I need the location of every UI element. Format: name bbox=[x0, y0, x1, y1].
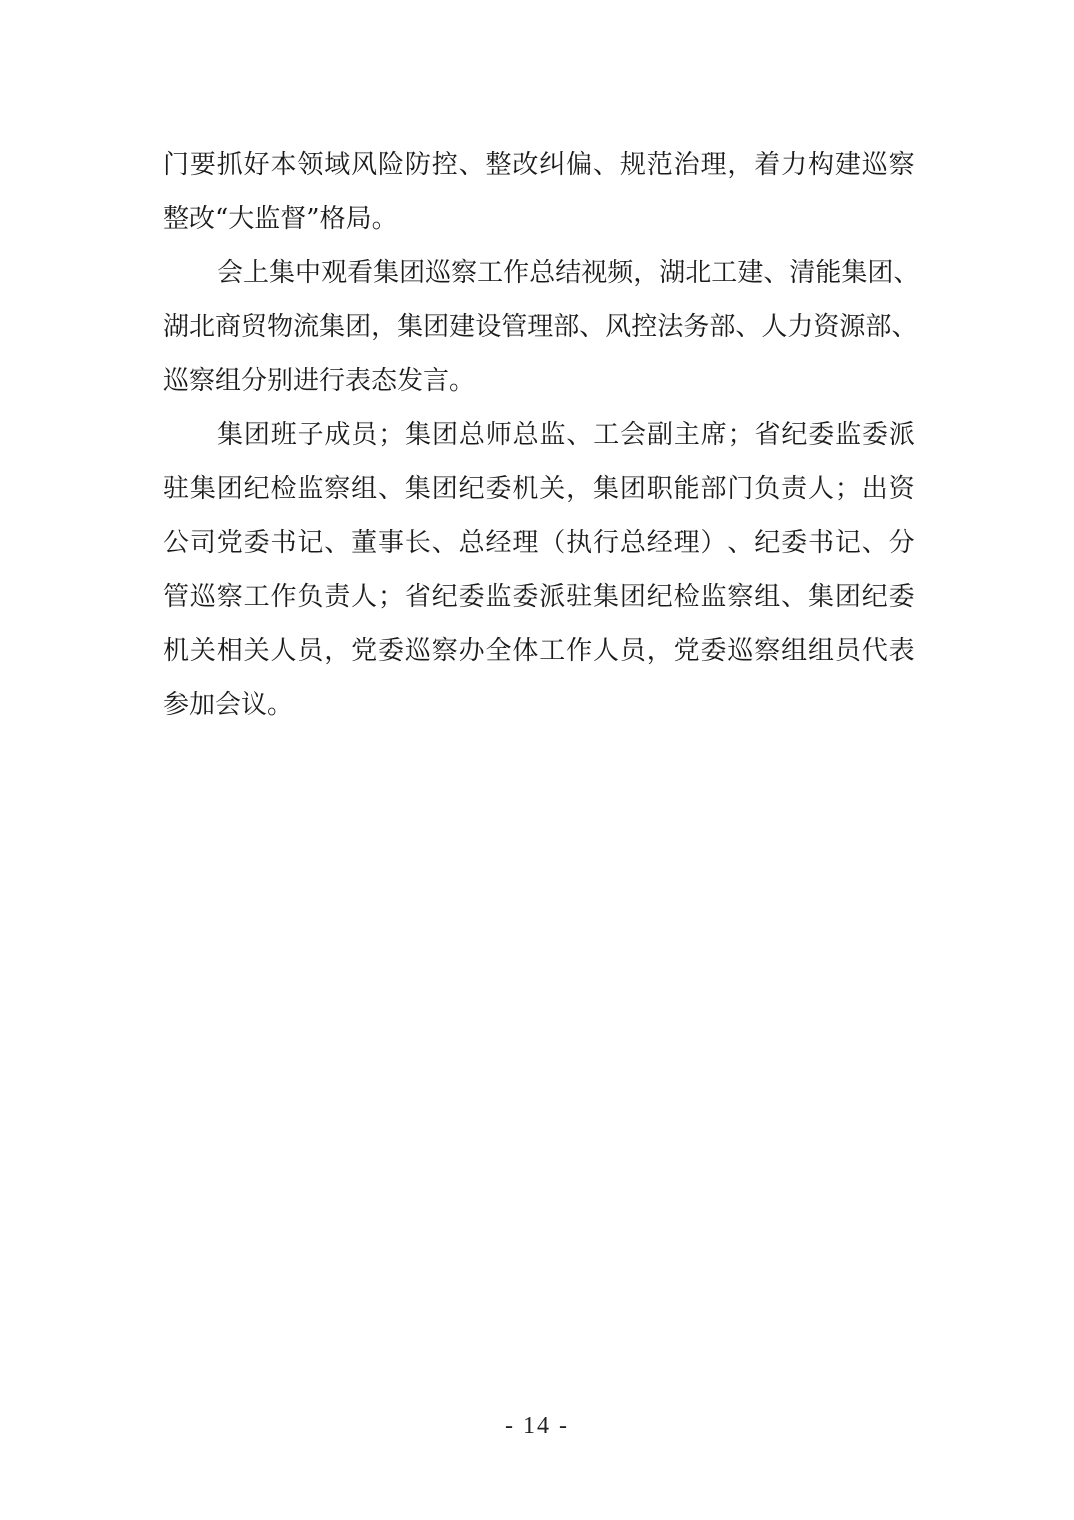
text-line: 会上集中观看集团巡察工作总结视频，湖北工建、清能集团、 bbox=[163, 246, 915, 300]
text-line: 机关相关人员，党委巡察办全体工作人员，党委巡察组组员代表 bbox=[163, 624, 915, 678]
text-line: 参加会议。 bbox=[163, 678, 915, 732]
text-line: 公司党委书记、董事长、总经理（执行总经理）、纪委书记、分 bbox=[163, 516, 915, 570]
page-number: - 14 - bbox=[0, 1413, 1074, 1440]
text-line: 驻集团纪检监察组、集团纪委机关，集团职能部门负责人；出资 bbox=[163, 462, 915, 516]
text-line: 整改“大监督”格局。 bbox=[163, 192, 915, 246]
body-text: 门要抓好本领域风险防控、整改纠偏、规范治理，着力构建巡察 整改“大监督”格局。 … bbox=[163, 138, 915, 732]
text-line: 巡察组分别进行表态发言。 bbox=[163, 354, 915, 408]
text-line: 门要抓好本领域风险防控、整改纠偏、规范治理，着力构建巡察 bbox=[163, 138, 915, 192]
text-line: 管巡察工作负责人；省纪委监委派驻集团纪检监察组、集团纪委 bbox=[163, 570, 915, 624]
text-line: 湖北商贸物流集团，集团建设管理部、风控法务部、人力资源部、 bbox=[163, 300, 915, 354]
document-page: 门要抓好本领域风险防控、整改纠偏、规范治理，着力构建巡察 整改“大监督”格局。 … bbox=[0, 0, 1074, 1520]
text-line: 集团班子成员；集团总师总监、工会副主席；省纪委监委派 bbox=[163, 408, 915, 462]
